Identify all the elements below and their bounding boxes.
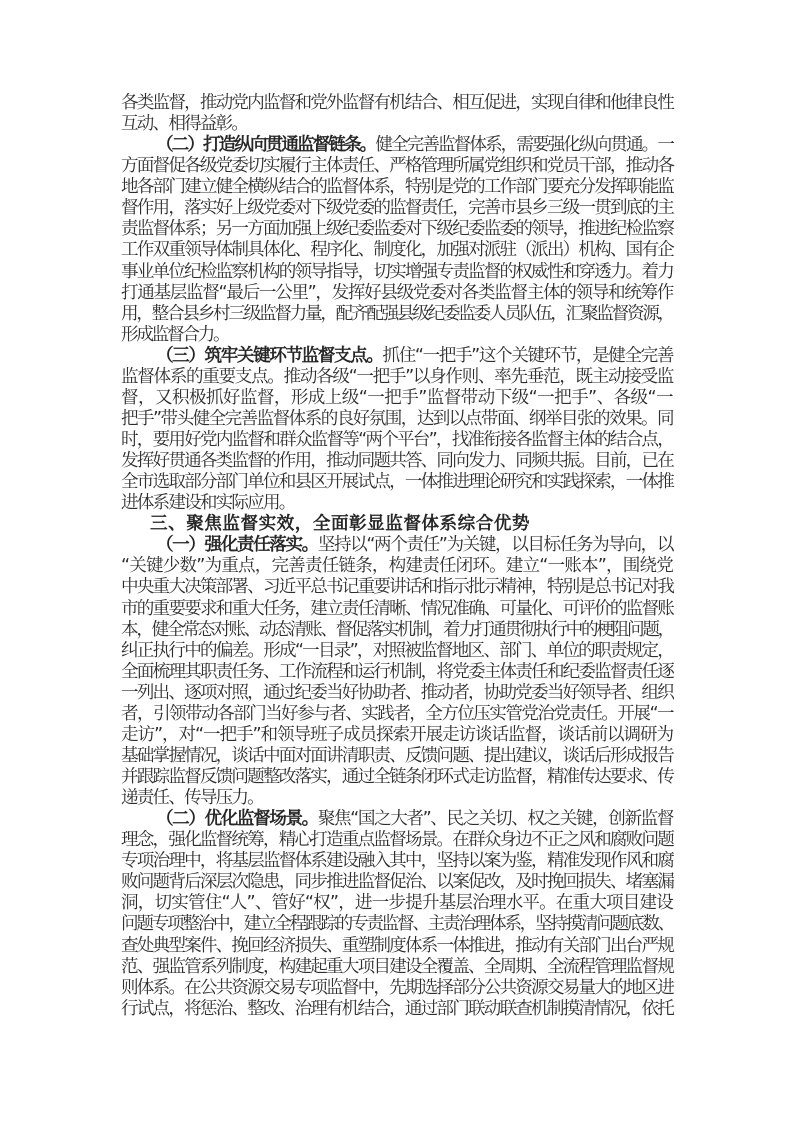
text-line: 事业单位纪检监察机构的领导指导，切实增强专责监督的权威性和穿透力。着力 — [121, 262, 673, 283]
text-segment: 健全完善监督体系，需要强化纵向贯通。一 — [375, 135, 673, 155]
subsection-title: （一）强化责任落实。 — [156, 535, 318, 555]
text-line: 专项治理中，将基层监督体系建设融入其中，坚持以案为鉴，精准发现作风和腐 — [121, 851, 673, 872]
text-segment: 聚焦“国之大者”、民之关切、权之关键，创新监督 — [318, 809, 673, 829]
text-line: 则体系。在公共资源交易专项监督中，先期选择部分公共资源交易量大的地区进 — [121, 978, 673, 999]
text-line: 中央重大决策部署、习近平总书记重要讲话和指示批示精神，特别是总书记对我 — [121, 577, 673, 598]
text-line: 并跟踪监督反馈问题整改落实，通过全链条闭环式走访监督，精准传达要求、传 — [121, 767, 673, 788]
text-line: 进体系建设和实际应用。 — [121, 493, 673, 514]
text-line: 形成监督合力。 — [121, 325, 673, 346]
text-line: 递责任、传导压力。 — [121, 788, 673, 809]
text-line: 基础掌握情况，谈话中面对面讲清职责、反馈问题、提出建议，谈话后形成报告 — [121, 746, 673, 767]
text-line: 工作双重领导体制具体化、程序化、制度化，加强对派驻（派出）机构、国有企 — [121, 240, 673, 261]
text-line: 发挥好贯通各类监督的作用，推动同题共答、同向发力、同频共振。目前，已在 — [121, 451, 673, 472]
text-segment: 抓住“一把手”这个关键环节，是健全完善 — [383, 346, 673, 366]
subsection-first-line: （二）打造纵向贯通监督链条。健全完善监督体系，需要强化纵向贯通。一 — [121, 135, 673, 156]
text-line: 时，要用好党内监督和群众监督等“两个平台”，找准衔接各监督主体的结合点， — [121, 430, 673, 451]
document-page: 各类监督，推动党内监督和党外监督有机结合、相互促进，实现自律和他律良性 互动、相… — [0, 0, 793, 1122]
text-line: 互动、相得益彰。 — [121, 114, 673, 135]
subsection-first-line: （一）强化责任落实。坚持以“两个责任”为关键，以目标任务为导向，以 — [121, 535, 673, 556]
subsection-title: （二）打造纵向贯通监督链条。 — [156, 135, 375, 155]
text-line: 全市选取部分部门单位和县区开展试点，一体推进理论研究和实践探索，一体推 — [121, 472, 673, 493]
text-line: 用，整合县乡村三级监督力量，配齐配强县级纪委监委人员队伍，汇聚监督资源， — [121, 304, 673, 325]
text-line: 本，健全常态对账、动态清账、督促落实机制，着力打通贯彻执行中的梗阻问题， — [121, 620, 673, 641]
text-line: 行试点，将惩治、整改、治理有机结合，通过部门联动联查机制摸清情况，依托 — [121, 999, 673, 1020]
text-line: 败问题背后深层次隐患，同步推进监督促治、以案促改，及时挽回损失、堵塞漏 — [121, 872, 673, 893]
text-line: 督，又积极抓好监督，形成上级“一把手”监督带动下级“一把手”、各级“一 — [121, 388, 673, 409]
text-line: 督作用，落实好上级党委对下级党委的监督责任，完善市县乡三级一贯到底的主 — [121, 198, 673, 219]
text-line: 者，引领带动各部门当好参与者、实践者，全方位压实管党治党责任。开展“一 — [121, 704, 673, 725]
text-line: 方面督促各级党委切实履行主体责任、严格管理所属党组织和党员干部，推动各 — [121, 156, 673, 177]
text-line: 理念，强化监督统筹，精心打造重点监督场景。在群众身边不正之风和腐败问题 — [121, 830, 673, 851]
text-line: “关键少数”为重点，完善责任链条，构建责任闭环。建立“一账本”，围绕党 — [121, 556, 673, 577]
section-heading: 三、聚焦监督实效，全面彰显监督体系综合优势 — [121, 514, 673, 535]
document-body: 各类监督，推动党内监督和党外监督有机结合、相互促进，实现自律和他律良性 互动、相… — [121, 93, 673, 1020]
text-line: 问题专项整治中，建立全程跟踪的专责监督、主责治理体系，坚持摸清问题底数、 — [121, 914, 673, 935]
text-line: 全面梳理其职责任务、工作流程和运行机制，将党委主体责任和纪委监督责任逐 — [121, 662, 673, 683]
subsection-title: （二）优化监督场景。 — [156, 809, 318, 829]
text-line: 市的重要要求和重大任务，建立责任清晰、情况准确、可量化、可评价的监督账 — [121, 599, 673, 620]
text-segment: 坚持以“两个责任”为关键，以目标任务为导向，以 — [318, 535, 673, 555]
text-line: 走访”，对“一把手”和领导班子成员探索开展走访谈话监督，谈话前以调研为 — [121, 725, 673, 746]
subsection-title: （三）筑牢关键环节监督支点。 — [156, 346, 383, 366]
text-line: 各类监督，推动党内监督和党外监督有机结合、相互促进，实现自律和他律良性 — [121, 93, 673, 114]
text-line: 地各部门建立健全横纵结合的监督体系，特别是党的工作部门要充分发挥职能监 — [121, 177, 673, 198]
text-line: 打通基层监督“最后一公里”，发挥好县级党委对各类监督主体的领导和统筹作 — [121, 283, 673, 304]
text-line: 责监督体系；另一方面加强上级纪委监委对下级纪委监委的领导，推进纪检监察 — [121, 219, 673, 240]
text-line: 洞，切实管住“人”、管好“权”，进一步提升基层治理水平。在重大项目建设 — [121, 893, 673, 914]
subsection-first-line: （三）筑牢关键环节监督支点。抓住“一把手”这个关键环节，是健全完善 — [121, 346, 673, 367]
text-line: 范、强监管系列制度，构建起重大项目建设全覆盖、全周期、全流程管理监督规 — [121, 957, 673, 978]
text-line: 纠正执行中的偏差。形成“一目录”，对照被监督地区、部门、单位的职责规定， — [121, 641, 673, 662]
text-line: 把手”带头健全完善监督体系的良好氛围，达到以点带面、纲举目张的效果。同 — [121, 409, 673, 430]
text-line: 查处典型案件、挽回经济损失、重塑制度体系一体推进，推动有关部门出台严规 — [121, 936, 673, 957]
text-line: 一列出、逐项对照，通过纪委当好协助者、推动者，协助党委当好领导者、组织 — [121, 683, 673, 704]
text-line: 监督体系的重要支点。推动各级“一把手”以身作则、率先垂范，既主动接受监 — [121, 367, 673, 388]
subsection-first-line: （二）优化监督场景。聚焦“国之大者”、民之关切、权之关键，创新监督 — [121, 809, 673, 830]
